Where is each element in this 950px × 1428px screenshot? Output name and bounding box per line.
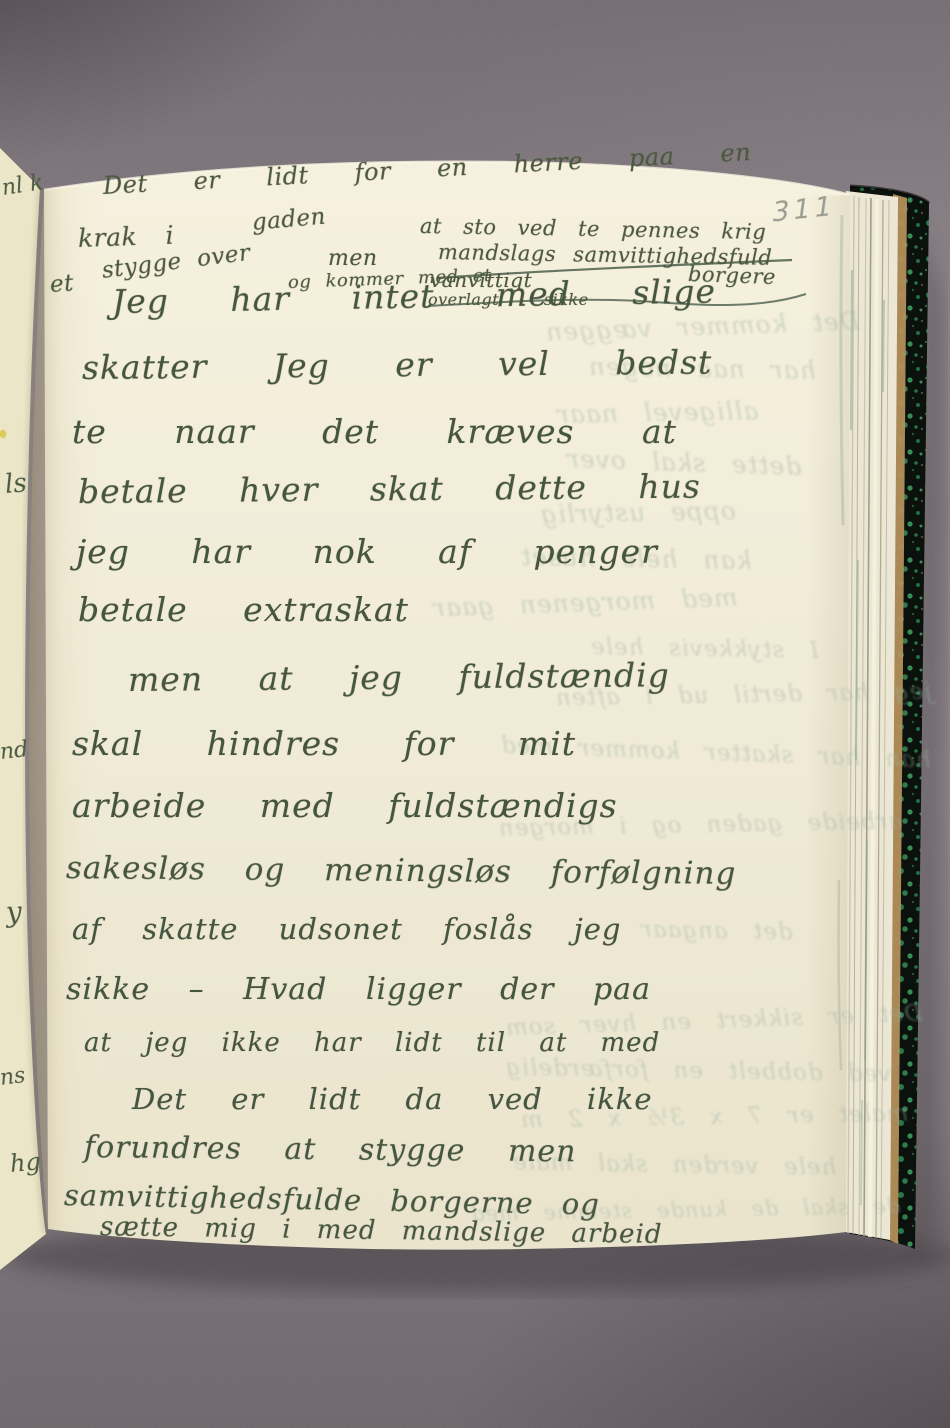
left-page-text-fragment: y bbox=[5, 895, 23, 929]
handwriting-line: betale extraskat bbox=[78, 590, 409, 629]
handwriting-line: at sto ved te pennes krig bbox=[420, 214, 767, 244]
handwriting-line: krak i bbox=[77, 221, 174, 253]
handwriting-line: forundres at stygge men bbox=[84, 1130, 577, 1169]
handwriting-line: skal hindres for mit bbox=[72, 724, 576, 763]
handwriting-layer: 311 nl k ls nd y ns hg Det er lidt for e… bbox=[0, 0, 950, 1428]
left-page-text-fragment: ls bbox=[4, 468, 28, 500]
page-number-pencil: 311 bbox=[770, 190, 838, 228]
handwriting-line: Jeg har intet med slige bbox=[112, 271, 717, 321]
handwriting-line: Det er lidt for en herre paa en bbox=[102, 138, 752, 200]
handwriting-line: betale hver skat dette hus bbox=[78, 467, 701, 511]
notebook-photo: Det kommer væggen har naa nogen alligeve… bbox=[0, 0, 950, 1428]
handwriting-line: Det er lidt da ved ikke bbox=[132, 1082, 653, 1116]
left-page-text-fragment: ns bbox=[0, 1063, 27, 1091]
left-page-text-fragment: hg bbox=[9, 1147, 42, 1178]
handwriting-line: te naar det kræves at bbox=[72, 412, 677, 451]
handwriting-line: at jeg ikke har lidt til at med bbox=[84, 1028, 660, 1058]
handwriting-line: arbeide med fuldstændigs bbox=[72, 786, 618, 825]
left-page-text-fragment: nl k bbox=[0, 170, 45, 201]
handwriting-line: jeg har nok af penger bbox=[76, 532, 658, 571]
left-page-text-fragment: nd bbox=[0, 737, 29, 765]
handwriting-line: gaden bbox=[251, 204, 327, 236]
handwriting-line: skatter Jeg er vel bedst bbox=[82, 343, 713, 387]
handwriting-line: sakesløs og meningsløs forfølgning bbox=[66, 850, 737, 892]
handwriting-line: af skatte udsonet foslås jeg bbox=[72, 912, 621, 946]
handwriting-line: men bbox=[328, 246, 378, 271]
handwriting-line: et bbox=[49, 270, 75, 298]
handwriting-line: men at jeg fuldstændig bbox=[128, 655, 670, 699]
handwriting-line: sikke – Hvad ligger der paa bbox=[66, 972, 651, 1007]
